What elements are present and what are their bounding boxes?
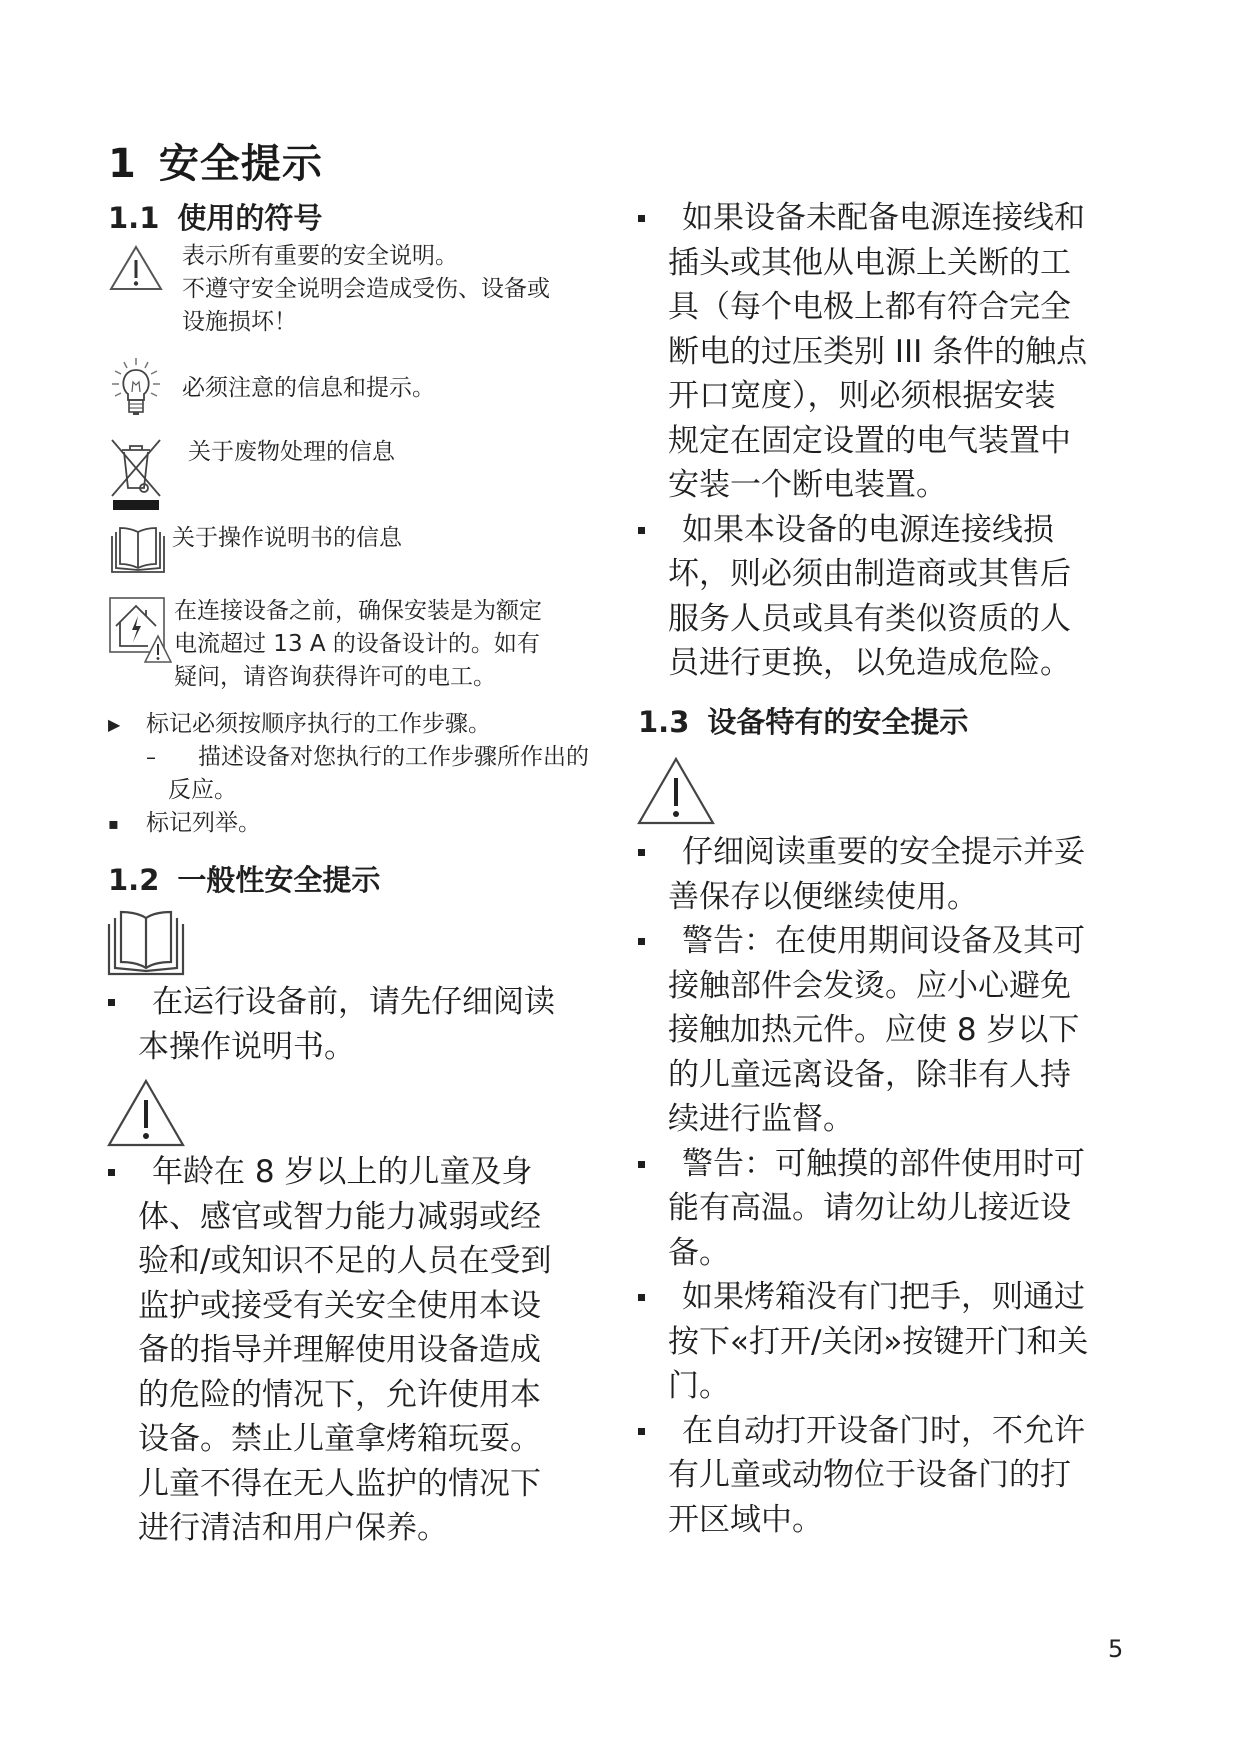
text-line: 续进行监督。 <box>668 1097 1138 1142</box>
text-line: 坏，则必须由制造商或其售后 <box>668 552 1138 597</box>
section-title: 一般性安全提示 <box>177 863 380 897</box>
text-line: 不遵守安全说明会造成受伤、设备或 <box>182 273 550 306</box>
text-line: 表示所有重要的安全说明。 <box>182 240 550 273</box>
section-number: 1.2 <box>108 863 159 897</box>
bullet-icon <box>638 196 668 508</box>
bullet-icon <box>638 919 668 1142</box>
text: 标记列举。 <box>146 807 261 840</box>
symbol-description: 表示所有重要的安全说明。 不遵守安全说明会造成受伤、设备或 设施损坏！ <box>182 240 550 339</box>
list-item: 警告：在使用期间设备及其可 接触部件会发烫。应小心避免 接触加热元件。应使 8 … <box>638 919 1138 1142</box>
text-line: 本操作说明书。 <box>138 1025 608 1070</box>
text-line: 如果烤箱没有门把手，则通过 <box>668 1275 1138 1320</box>
convention-step: ▶ 标记必须按顺序执行的工作步骤。 <box>108 708 589 741</box>
text-line: 如果本设备的电源连接线损 <box>668 508 1138 553</box>
warning-triangle-icon <box>636 756 716 830</box>
general-safety-list-2: 年龄在 8 岁以上的儿童及身 体、感官或智力能力减弱或经 验和/或知识不足的人员… <box>108 1150 608 1551</box>
text-line: 断电的过压类别 III 条件的触点 <box>668 330 1138 375</box>
text-line: 设施损坏！ <box>182 306 550 339</box>
text-line: 验和/或知识不足的人员在受到 <box>138 1239 608 1284</box>
text-line: 接触部件会发烫。应小心避免 <box>668 964 1138 1009</box>
text-line: 疑问，请咨询获得许可的电工。 <box>174 661 542 694</box>
warning-triangle-icon <box>106 1078 186 1152</box>
text-line: 能有高温。请勿让幼儿接近设 <box>668 1186 1138 1231</box>
chapter-number: 1 <box>108 141 137 187</box>
symbol-description: 关于操作说明书的信息 <box>172 522 402 555</box>
open-book-icon <box>108 526 166 576</box>
bullet-icon <box>638 1142 668 1276</box>
text-line: 设备。禁止儿童拿烤箱玩耍。 <box>138 1417 608 1462</box>
text-line: 警告：可触摸的部件使用时可 <box>668 1142 1138 1187</box>
list-item: 在自动打开设备门时，不允许 有儿童或动物位于设备门的打 开区域中。 <box>638 1409 1138 1543</box>
text-line: 接触加热元件。应使 8 岁以下 <box>668 1008 1138 1053</box>
device-safety-list: 仔细阅读重要的安全提示并妥 善保存以便继续使用。 警告：在使用期间设备及其可 接… <box>638 830 1138 1542</box>
crossed-bin-icon <box>108 436 166 512</box>
text-line: 的危险的情况下，允许使用本 <box>138 1373 608 1418</box>
list-item: 在运行设备前，请先仔细阅读 本操作说明书。 <box>108 980 608 1069</box>
house-electric-warning-icon <box>108 596 166 666</box>
symbol-description: 必须注意的信息和提示。 <box>182 372 435 405</box>
section-title: 设备特有的安全提示 <box>707 705 968 739</box>
list-item: 警告：可触摸的部件使用时可 能有高温。请勿让幼儿接近设 备。 <box>638 1142 1138 1276</box>
list-item: 年龄在 8 岁以上的儿童及身 体、感官或智力能力减弱或经 验和/或知识不足的人员… <box>108 1150 608 1551</box>
text-line: 儿童不得在无人监护的情况下 <box>138 1462 608 1507</box>
text-line: 开区域中。 <box>668 1498 1138 1543</box>
general-safety-list-continued: 如果设备未配备电源连接线和 插头或其他从电源上关断的工 具（每个电极上都有符合完… <box>638 196 1138 686</box>
text-line: 规定在固定设置的电气装置中 <box>668 419 1138 464</box>
text-line: 仔细阅读重要的安全提示并妥 <box>668 830 1138 875</box>
square-marker-icon: ▪ <box>108 807 146 840</box>
section-1-1-heading: 1.1使用的符号 <box>108 196 322 237</box>
chapter-title-text: 安全提示 <box>159 141 323 187</box>
convention-list: ▪ 标记列举。 <box>108 807 589 840</box>
arrow-marker-icon: ▶ <box>108 708 146 741</box>
text-line: 在运行设备前，请先仔细阅读 <box>138 980 608 1025</box>
text-line: 如果设备未配备电源连接线和 <box>668 196 1138 241</box>
text-line: 的儿童远离设备，除非有人持 <box>668 1053 1138 1098</box>
text-line: 年龄在 8 岁以上的儿童及身 <box>138 1150 608 1195</box>
text-line: 电流超过 13 A 的设备设计的。如有 <box>174 628 542 661</box>
symbol-row-manual: 关于操作说明书的信息 <box>108 526 402 576</box>
text-line: 在连接设备之前，确保安装是为额定 <box>174 595 542 628</box>
conventions-list: ▶ 标记必须按顺序执行的工作步骤。 – 描述设备对您执行的工作步骤所作出的 反应… <box>108 708 589 840</box>
text: 描述设备对您执行的工作步骤所作出的 <box>198 741 589 774</box>
text-line: 安装一个断电装置。 <box>668 463 1138 508</box>
dash-marker-icon: – <box>146 741 198 774</box>
list-item: 如果本设备的电源连接线损 坏，则必须由制造商或其售后 服务人员或具有类似资质的人… <box>638 508 1138 686</box>
symbol-row-info: 必须注意的信息和提示。 <box>108 356 435 418</box>
list-item: 仔细阅读重要的安全提示并妥 善保存以便继续使用。 <box>638 830 1138 919</box>
text-line: 关于废物处理的信息 <box>188 436 395 469</box>
symbol-row-electrical: 在连接设备之前，确保安装是为额定 电流超过 13 A 的设备设计的。如有 疑问，… <box>108 596 542 694</box>
bullet-icon <box>108 1150 138 1551</box>
general-safety-list-1: 在运行设备前，请先仔细阅读 本操作说明书。 <box>108 980 608 1069</box>
bullet-icon <box>638 508 668 686</box>
symbol-description: 关于废物处理的信息 <box>188 436 395 469</box>
text-continuation: 反应。 <box>108 774 589 807</box>
text-line: 开口宽度），则必须根据安装 <box>668 374 1138 419</box>
text-line: 按下«打开/关闭»按键开门和关 <box>668 1320 1138 1365</box>
section-title: 使用的符号 <box>177 201 322 235</box>
text-line: 插头或其他从电源上关断的工 <box>668 241 1138 286</box>
bullet-icon <box>638 1275 668 1409</box>
text-line: 门。 <box>668 1364 1138 1409</box>
section-1-3-heading: 1.3设备特有的安全提示 <box>638 700 968 741</box>
open-book-icon <box>106 910 186 982</box>
symbol-description: 在连接设备之前，确保安装是为额定 电流超过 13 A 的设备设计的。如有 疑问，… <box>174 595 542 694</box>
list-item: 如果设备未配备电源连接线和 插头或其他从电源上关断的工 具（每个电极上都有符合完… <box>638 196 1138 508</box>
text-line: 监护或接受有关安全使用本设 <box>138 1284 608 1329</box>
warning-triangle-icon <box>108 244 166 292</box>
text-line: 服务人员或具有类似资质的人 <box>668 597 1138 642</box>
text-line: 体、感官或智力能力减弱或经 <box>138 1195 608 1240</box>
text-line: 有儿童或动物位于设备门的打 <box>668 1453 1138 1498</box>
symbol-row-warning: 表示所有重要的安全说明。 不遵守安全说明会造成受伤、设备或 设施损坏！ <box>108 244 550 339</box>
text-line: 善保存以便继续使用。 <box>668 875 1138 920</box>
text-line: 关于操作说明书的信息 <box>172 522 402 555</box>
section-number: 1.1 <box>108 201 159 235</box>
convention-result: – 描述设备对您执行的工作步骤所作出的 <box>108 741 589 774</box>
text: 标记必须按顺序执行的工作步骤。 <box>146 708 491 741</box>
text-line: 具（每个电极上都有符合完全 <box>668 285 1138 330</box>
text-line: 进行清洁和用户保养。 <box>138 1506 608 1551</box>
symbol-row-disposal: 关于废物处理的信息 <box>108 436 395 512</box>
text-line: 在自动打开设备门时，不允许 <box>668 1409 1138 1454</box>
section-1-2-heading: 1.2一般性安全提示 <box>108 858 380 899</box>
lightbulb-icon <box>108 356 166 418</box>
section-number: 1.3 <box>638 705 689 739</box>
list-item: 如果烤箱没有门把手，则通过 按下«打开/关闭»按键开门和关 门。 <box>638 1275 1138 1409</box>
page-number: 5 <box>1108 1635 1123 1663</box>
text-line: 必须注意的信息和提示。 <box>182 372 435 405</box>
text-line: 员进行更换，以免造成危险。 <box>668 641 1138 686</box>
bullet-icon <box>638 830 668 919</box>
text-line: 警告：在使用期间设备及其可 <box>668 919 1138 964</box>
bullet-icon <box>638 1409 668 1543</box>
text-line: 备的指导并理解使用设备造成 <box>138 1328 608 1373</box>
bullet-icon <box>108 980 138 1069</box>
chapter-title: 1安全提示 <box>108 132 323 189</box>
text-line: 备。 <box>668 1231 1138 1276</box>
